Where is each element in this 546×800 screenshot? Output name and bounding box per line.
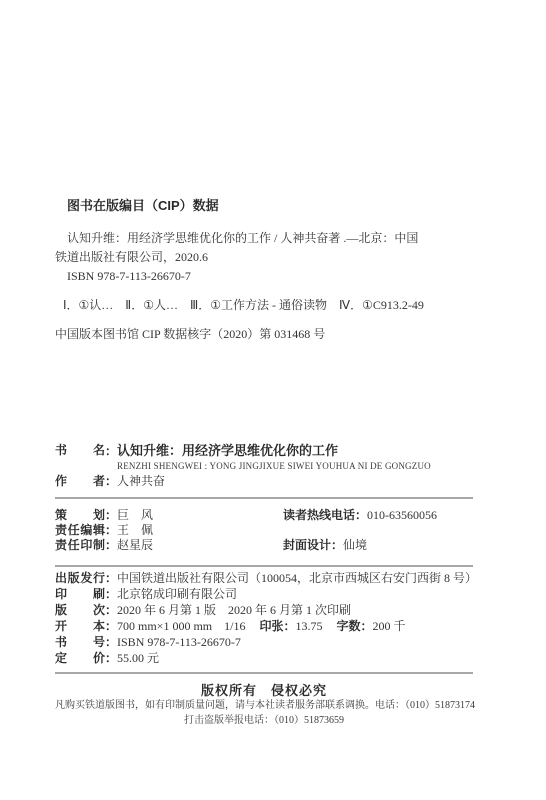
- colon: ：: [105, 619, 117, 633]
- copyright-notice: 版权所有 侵权必究: [55, 683, 473, 698]
- edition-label: 版次: [55, 602, 105, 618]
- hotline-label: 读者热线电话: [283, 508, 355, 522]
- staff-section: 策划：巨 风 读者热线电话：010-63560056 责任编辑：王 佩 责任印制…: [55, 508, 485, 553]
- book-name-row: 书名：认知升维：用经济学思维优化你的工作: [55, 443, 485, 459]
- copyright-footer: 版权所有 侵权必究 凡购买铁道版图书，如有印制质量问题，请与本社读者服务部联系调…: [55, 683, 473, 728]
- cip-classification-line: Ⅰ．①认… Ⅱ．①人… Ⅲ．①工作方法 - 通俗读物 Ⅳ．①C913.2-49: [55, 296, 485, 315]
- copyright-page: 图书在版编目（CIP）数据 认知升维：用经济学思维优化你的工作 / 人神共奋著 …: [0, 0, 546, 800]
- colon: ：: [331, 538, 343, 552]
- print-supervisor-label: 责任印制: [55, 538, 105, 553]
- edition-value: 2020 年 6 月第 1 版 2020 年 6 月第 1 次印刷: [117, 603, 351, 617]
- book-pinyin: RENZHI SHENGWEI : YONG JINGJIXUE SIWEI Y…: [117, 459, 485, 474]
- isbn-label: 书号: [55, 634, 105, 650]
- print-supervisor-row: 责任印制：赵星辰 封面设计：仙境: [55, 538, 485, 553]
- price-value: 55.00 元: [117, 651, 159, 665]
- planner-row: 策划：巨 风 读者热线电话：010-63560056: [55, 508, 485, 523]
- editor-label: 责任编辑: [55, 523, 105, 538]
- anti-piracy-line: 打击盗版举报电话：（010）51873659: [55, 713, 473, 728]
- hotline-value: 010-63560056: [367, 508, 437, 522]
- book-author-value: 人神共奋: [117, 474, 165, 488]
- colon: ：: [105, 508, 117, 522]
- planner-value: 巨 风: [117, 508, 153, 522]
- format-row: 开本：700 mm×1 000 mm 1/16印张：13.75字数：200 千: [55, 618, 485, 634]
- sheets-label: 印张: [259, 619, 283, 633]
- isbn-row: 书号：ISBN 978-7-113-26670-7: [55, 634, 485, 650]
- quality-service-line: 凡购买铁道版图书，如有印制质量问题，请与本社读者服务部联系调换。电话：（010）…: [55, 698, 473, 713]
- editor-row: 责任编辑：王 佩: [55, 523, 485, 538]
- cip-isbn-line: ISBN 978-7-113-26670-7: [55, 267, 485, 286]
- isbn-value: ISBN 978-7-113-26670-7: [117, 635, 241, 649]
- hotline-pair: 读者热线电话：010-63560056: [283, 508, 437, 523]
- colon: ：: [105, 444, 117, 458]
- colon: ：: [105, 603, 117, 617]
- book-author-label: 作者: [55, 474, 105, 489]
- cover-design-label: 封面设计: [283, 538, 331, 552]
- cip-title: 图书在版编目（CIP）数据: [67, 198, 219, 213]
- sheets-pair: 印张：13.75: [259, 619, 322, 633]
- book-info-section: 书名：认知升维：用经济学思维优化你的工作 RENZHI SHENGWEI : Y…: [55, 443, 485, 489]
- price-row: 定价：55.00 元: [55, 650, 485, 666]
- colon: ：: [283, 619, 295, 633]
- cip-description-line1: 认知升维：用经济学思维优化你的工作 / 人神共奋著 .—北京：中国: [55, 229, 485, 248]
- publisher-value: 中国铁道出版社有限公司（100054，北京市西城区右安门西街 8 号）: [117, 571, 477, 585]
- book-author-row: 作者：人神共奋: [55, 474, 485, 489]
- publishing-section: 出版发行：中国铁道出版社有限公司（100054，北京市西城区右安门西街 8 号）…: [55, 570, 485, 666]
- publisher-row: 出版发行：中国铁道出版社有限公司（100054，北京市西城区右安门西街 8 号）: [55, 570, 485, 586]
- book-name-label: 书名: [55, 443, 105, 458]
- format-label: 开本: [55, 618, 105, 634]
- cover-design-pair: 封面设计：仙境: [283, 538, 367, 553]
- divider-rule-2: [55, 565, 473, 567]
- publisher-label: 出版发行: [55, 570, 105, 586]
- price-label: 定价: [55, 650, 105, 666]
- words-value: 200 千: [373, 619, 406, 633]
- colon: ：: [355, 508, 367, 522]
- edition-row: 版次：2020 年 6 月第 1 版 2020 年 6 月第 1 次印刷: [55, 602, 485, 618]
- divider-rule-1: [55, 497, 473, 499]
- printer-label: 印刷: [55, 586, 105, 602]
- words-label: 字数: [337, 619, 361, 633]
- colon: ：: [105, 635, 117, 649]
- sheets-value: 13.75: [296, 619, 323, 633]
- format-value: 700 mm×1 000 mm 1/16: [117, 619, 245, 633]
- divider-rule-3: [55, 672, 473, 674]
- colon: ：: [105, 587, 117, 601]
- colon: ：: [105, 571, 117, 585]
- cip-description-line2: 铁道出版社有限公司，2020.6: [55, 248, 485, 267]
- cover-design-value: 仙境: [343, 538, 367, 552]
- cip-registration-line: 中国版本图书馆 CIP 数据核字（2020）第 031468 号: [55, 325, 485, 344]
- words-pair: 字数：200 千: [337, 619, 406, 633]
- colon: ：: [105, 538, 117, 552]
- print-supervisor-value: 赵星辰: [117, 538, 153, 552]
- colon: ：: [105, 651, 117, 665]
- printer-value: 北京铭成印刷有限公司: [117, 587, 237, 601]
- cip-body: 认知升维：用经济学思维优化你的工作 / 人神共奋著 .—北京：中国 铁道出版社有…: [55, 229, 485, 344]
- colon: ：: [361, 619, 373, 633]
- colon: ：: [105, 474, 117, 488]
- editor-value: 王 佩: [117, 523, 153, 537]
- book-name-value: 认知升维：用经济学思维优化你的工作: [117, 443, 338, 458]
- planner-label: 策划: [55, 508, 105, 523]
- colon: ：: [105, 523, 117, 537]
- printer-row: 印刷：北京铭成印刷有限公司: [55, 586, 485, 602]
